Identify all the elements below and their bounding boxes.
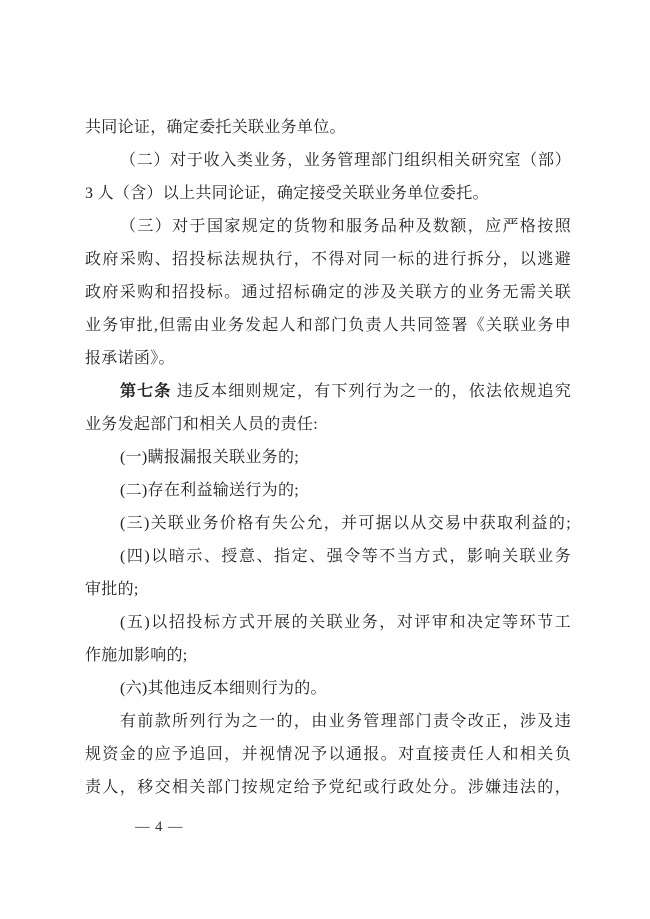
text-block: 共同论证，确定委托关联业务单位。（二）对于收入类业务，业务管理部门组织相关研究室… [85, 111, 571, 804]
article-number: 第七条 [120, 383, 172, 400]
text-line: 审批的; [85, 573, 571, 606]
text-line: 报承诺函》。 [85, 342, 571, 375]
text-line: 政府采购和招投标。通过招标确定的涉及关联方的业务无需关联 [85, 276, 571, 309]
text-line: (五)以招投标方式开展的关联业务，对评审和决定等环节工 [85, 606, 571, 639]
text-line: 第七条 违反本细则规定，有下列行为之一的，依法依规追究 [85, 375, 571, 408]
text-line: (三)关联业务价格有失公允，并可据以从交易中获取利益的; [85, 507, 571, 540]
text-line: 规资金的应予追回，并视情况予以通报。对直接责任人和相关负 [85, 738, 571, 771]
text-line: 政府采购、招投标法规执行，不得对同一标的进行拆分，以逃避 [85, 243, 571, 276]
text-line: 业务发起部门和相关人员的责任: [85, 408, 571, 441]
text-line: (二)存在利益输送行为的; [85, 474, 571, 507]
text-line: 责人，移交相关部门按规定给予党纪或行政处分。涉嫌违法的， [85, 771, 571, 804]
text-line: 业务审批,但需由业务发起人和部门负责人共同签署《关联业务申 [85, 309, 571, 342]
document-page: 共同论证，确定委托关联业务单位。（二）对于收入类业务，业务管理部门组织相关研究室… [0, 0, 650, 919]
line-text: 违反本细则规定，有下列行为之一的，依法依规追究 [172, 383, 571, 400]
page-number: — 4 — [135, 818, 184, 836]
text-line: 有前款所列行为之一的，由业务管理部门责令改正，涉及违 [85, 705, 571, 738]
text-line: (四)以暗示、授意、指定、强令等不当方式，影响关联业务 [85, 540, 571, 573]
text-line: 3 人（含）以上共同论证，确定接受关联业务单位委托。 [85, 177, 571, 210]
text-line: 作施加影响的; [85, 639, 571, 672]
text-line: （三）对于国家规定的货物和服务品种及数额，应严格按照 [85, 210, 571, 243]
text-line: 共同论证，确定委托关联业务单位。 [85, 111, 571, 144]
text-line: (六)其他违反本细则行为的。 [85, 672, 571, 705]
text-line: (一)瞒报漏报关联业务的; [85, 441, 571, 474]
text-line: （二）对于收入类业务，业务管理部门组织相关研究室（部） [85, 144, 571, 177]
